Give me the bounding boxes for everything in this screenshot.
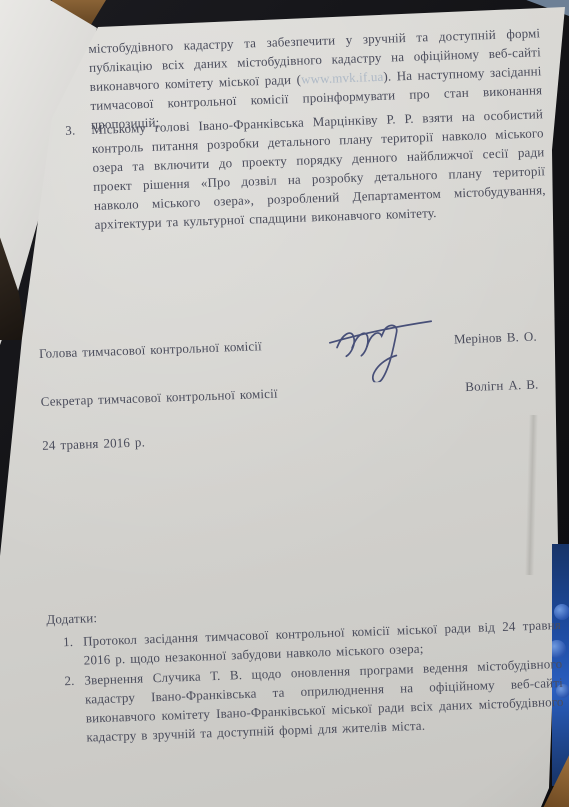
attachment-number: 2. <box>64 671 87 748</box>
attachments-heading: Додатки: <box>46 608 97 629</box>
attachment-text: Звернення Случика Т. В. щодо оновлення п… <box>84 654 564 747</box>
signature-name: Волігн А. В. <box>465 374 555 396</box>
signature-row-secretary: Секретар тимчасової контрольної комісії … <box>32 374 554 411</box>
handwritten-signature <box>325 300 448 384</box>
document-photo: містобудівного кадастру та забезпечити у… <box>0 0 569 807</box>
signature-row-head: Голова тимчасової контрольної комісії Ме… <box>31 326 553 363</box>
signature-name: Мерінов В. О. <box>454 326 553 348</box>
signature-title: Голова тимчасової контрольної комісії <box>31 336 262 363</box>
signature-title: Секретар тимчасової контрольної комісії <box>32 384 278 412</box>
item-text: Міському голові Івано-Франківська Марцін… <box>91 104 547 234</box>
attachment-item: 2. Звернення Случика Т. В. щодо оновленн… <box>64 654 564 747</box>
website-url: www.mvk.if.ua <box>301 69 384 87</box>
list-item-3: 3. Міському голові Івано-Франківська Мар… <box>65 104 547 235</box>
document-content: містобудівного кадастру та забезпечити у… <box>20 8 568 786</box>
attachments-list: 1. Протокол засідання тимчасової контрол… <box>63 615 565 748</box>
item-number: 3. <box>65 120 95 235</box>
date-line: 24 травня 2016 р. <box>42 432 145 455</box>
attachment-number: 1. <box>63 632 84 671</box>
